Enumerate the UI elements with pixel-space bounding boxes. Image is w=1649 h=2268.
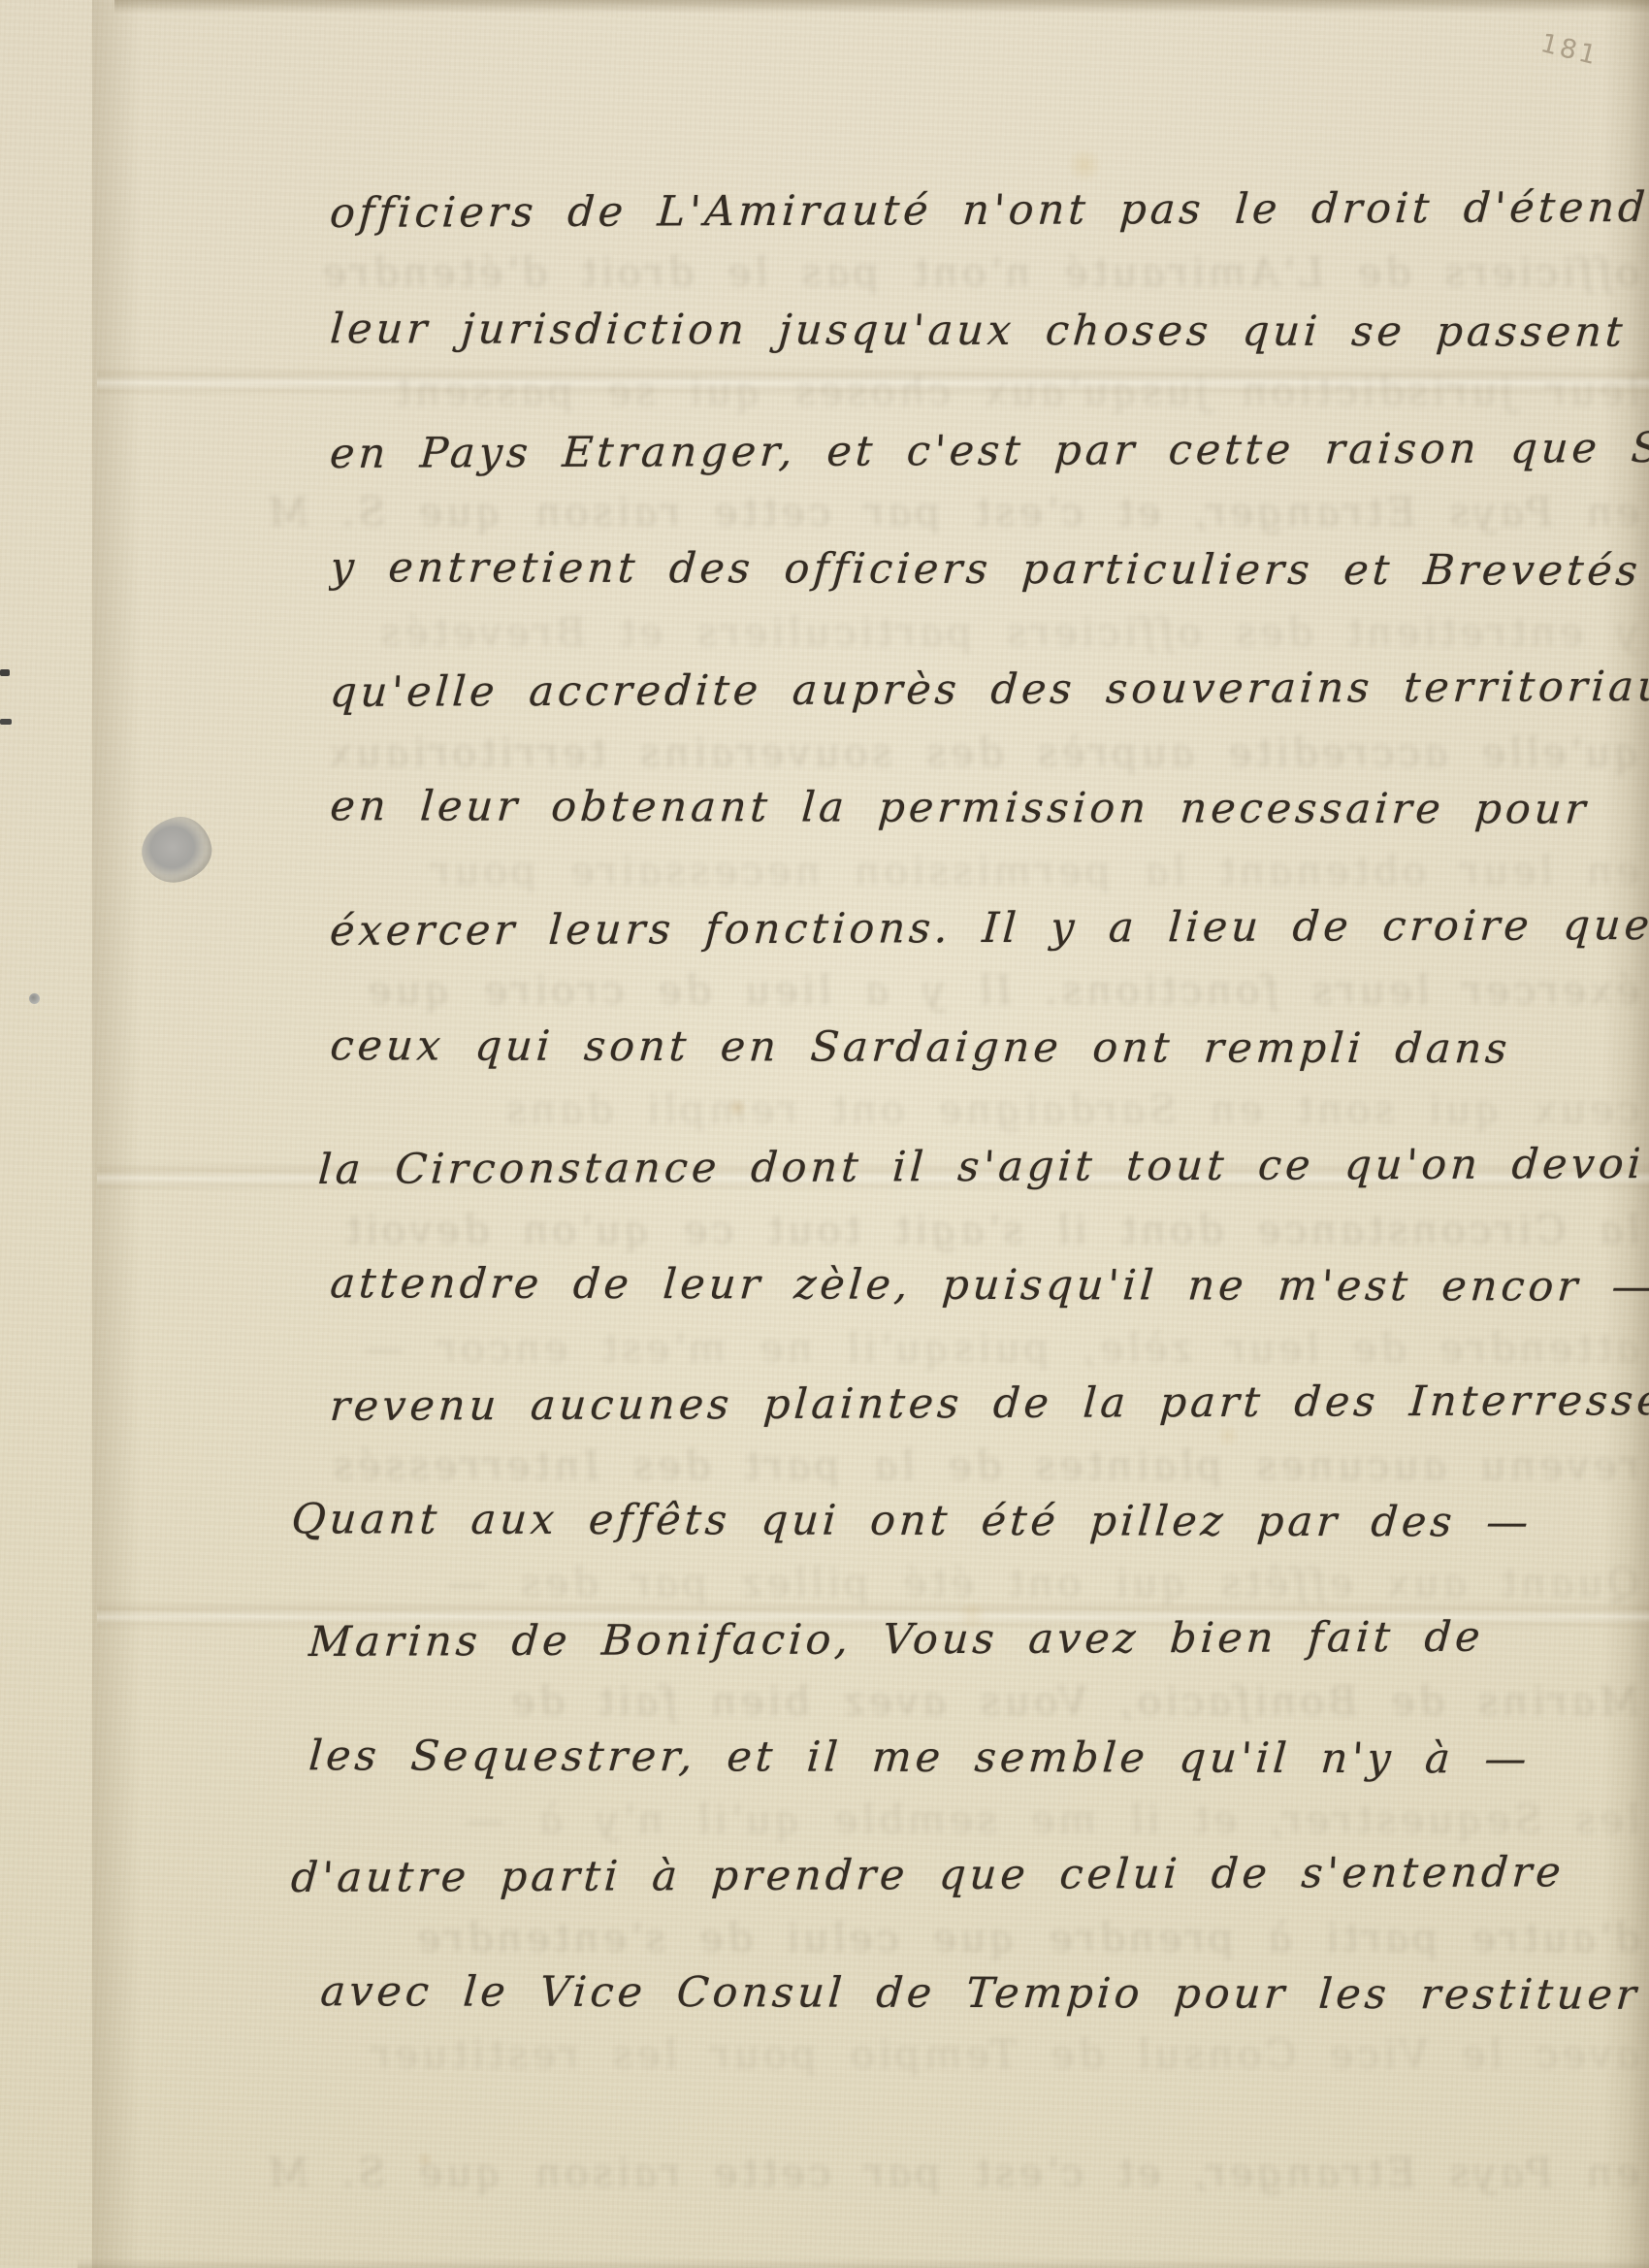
scanned-letter-page: officiers de L'Amirauté n'ont pas le dro… <box>0 0 1649 2268</box>
handwritten-line: en Pays Etranger, et c'est par cette rai… <box>328 424 1649 490</box>
handwritten-line: éxercer leurs fonctions. Il y a lieu de … <box>328 901 1649 967</box>
scanner-strip-mark <box>0 669 10 676</box>
handwritten-line: leur jurisdiction jusqu'aux choses qui s… <box>328 305 1649 369</box>
handwritten-line: y entretient des officiers particuliers … <box>328 543 1649 607</box>
handwritten-line: les Sequestrer, et il me semble qu'il n'… <box>307 1732 1630 1796</box>
scanner-strip-mark <box>0 719 12 725</box>
handwritten-line: Quant aux effêts qui ont été pillez par … <box>289 1495 1612 1559</box>
handwritten-text-layer: officiers de L'Amirauté n'ont pas le dro… <box>0 0 1649 2268</box>
handwritten-line: en leur obtenant la permission necessair… <box>328 782 1649 846</box>
handwritten-line: attendre de leur zèle, puisqu'il ne m'es… <box>328 1259 1649 1323</box>
handwritten-line: revenu aucunes plaintes de la part des I… <box>328 1377 1649 1442</box>
paper-sheet: officiers de L'Amirauté n'ont pas le dro… <box>0 0 1649 2268</box>
handwritten-line: ceux qui sont en Sardaigne ont rempli da… <box>328 1021 1649 1085</box>
scanner-strip-dot <box>29 993 40 1004</box>
handwritten-line: d'autre parti à prendre que celui de s'e… <box>289 1848 1612 1914</box>
handwritten-line: Marins de Bonifacio, Vous avez bien fait… <box>307 1612 1630 1678</box>
handwritten-line: avec le Vice Consul de Tempio pour les r… <box>318 1967 1641 2031</box>
handwritten-line: la Circonstance dont il s'agit tout ce q… <box>316 1140 1639 1206</box>
handwritten-line: qu'elle accredite auprès des souverains … <box>328 663 1649 729</box>
handwritten-line: officiers de L'Amirauté n'ont pas le dro… <box>328 183 1649 249</box>
